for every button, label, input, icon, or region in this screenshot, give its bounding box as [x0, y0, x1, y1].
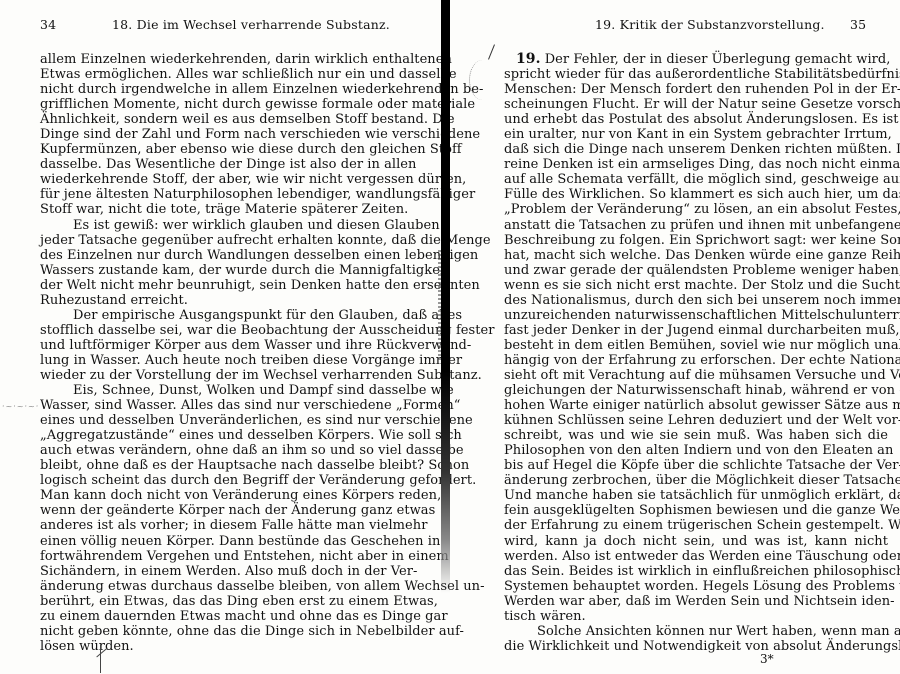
body-text: allem Einzelnen wiederkehrenden, darin w… — [40, 52, 404, 654]
text-line: berührt, ein Etwas, das das Ding eben er… — [40, 594, 404, 609]
text-line: wenn der geänderte Körper nach der Änder… — [40, 503, 404, 518]
text-line: Der empirische Ausgangspunkt für den Gla… — [40, 308, 404, 323]
section-first-line: 19. Der Fehler, der in dieser Überlegung… — [504, 52, 888, 67]
text-line: logisch scheint das durch den Begriff de… — [40, 473, 404, 488]
text-line: das Sein. Beides ist wirklich in einfluß… — [504, 564, 888, 579]
text-line: einen völlig neuen Körper. Dann bestünde… — [40, 534, 404, 549]
text-line: „Aggregatzustände“ eines und desselben K… — [40, 428, 404, 443]
text-line: hohen Warte einiger natürlich absolut ge… — [504, 398, 888, 413]
text-line: nicht geben könnte, ohne das die Dinge s… — [40, 624, 404, 639]
text-line: Menschen: Der Mensch fordert den ruhende… — [504, 82, 888, 97]
text-line: kühnen Schlüssen seine Lehren deduziert … — [504, 413, 888, 428]
text-line: wieder zu der Vorstellung der im Wechsel… — [40, 368, 404, 383]
text-line: bis auf Hegel die Köpfe über die schlich… — [504, 458, 888, 473]
text-line: Eis, Schnee, Dunst, Wolken und Dampf sin… — [40, 383, 404, 398]
text-line: Wassers zustande kam, der wurde durch di… — [40, 263, 404, 278]
text-line: dasselbe. Das Wesentliche der Dinge ist … — [40, 157, 404, 172]
body-text: 19. Der Fehler, der in dieser Überlegung… — [504, 52, 888, 654]
text-line: wiederkehrende Stoff, der aber, wie wir … — [40, 172, 404, 187]
pencil-mark — [100, 645, 101, 673]
text-line: und luftförmiger Körper aus dem Wasser u… — [40, 338, 404, 353]
text-line: Stoff war, nicht die tote, träge Materie… — [40, 202, 404, 217]
text-line: tisch wären. — [504, 609, 888, 624]
text-line: sieht oft mit Verachtung auf die mühsame… — [504, 368, 888, 383]
running-head: 19. Kritik der Substanzvorstellung. — [595, 17, 825, 32]
text-line: stofflich dasselbe sei, war die Beobacht… — [40, 323, 404, 338]
text-line: des Einzelnen nur durch Wandlungen desse… — [40, 248, 404, 263]
text-line: reine Denken ist ein armseliges Ding, da… — [504, 157, 888, 172]
text-line: zu einem dauernden Etwas macht und ohne … — [40, 609, 404, 624]
text-line: nicht durch irgendwelche in allem Einzel… — [40, 82, 404, 97]
text-line: hat, macht sich welche. Das Denken würde… — [504, 248, 888, 263]
text-line: der Welt nicht mehr beunruhigt, sein Den… — [40, 278, 404, 293]
pencil-margin-note: ·~·~·~· — [2, 402, 39, 411]
text-line: anstatt die Tatsachen zu prüfen und ihne… — [504, 218, 888, 233]
text-line: Der Fehler, der in dieser Überlegung gem… — [545, 52, 891, 67]
text-line: Werden war aber, daß im Werden Sein und … — [504, 594, 888, 609]
running-head: 18. Die im Wechsel verharrende Substanz. — [112, 17, 390, 32]
text-line: lösen würden. — [40, 639, 404, 654]
text-line: für jene ältesten Naturphilosophen leben… — [40, 187, 404, 202]
text-line: auch etwas verändern, ohne daß an ihm so… — [40, 443, 404, 458]
text-line: fast jeder Denker in der Jugend einmal d… — [504, 323, 888, 338]
text-line: anderes ist als vorher; in diesem Falle … — [40, 518, 404, 533]
text-line: Philosophen von den alten Indiern und vo… — [504, 443, 888, 458]
text-line: Fülle des Wirklichen. So klammert es sic… — [504, 187, 888, 202]
text-line: scheinungen Flucht. Er will der Natur se… — [504, 97, 888, 112]
text-line: grifflichen Momente, nicht durch gewisse… — [40, 97, 404, 112]
text-line: hängig von der Erfahrung zu erforschen. … — [504, 353, 888, 368]
text-line: wird, kann ja doch nicht sein, und was i… — [504, 534, 888, 549]
page-number: 34 — [40, 17, 56, 32]
text-line: Systemen behauptet worden. Hegels Lösung… — [504, 579, 888, 594]
text-line: fein ausgeklügelten Sophismen bewiesen u… — [504, 503, 888, 518]
text-line: besteht in dem eitlen Bemühen, soviel wi… — [504, 338, 888, 353]
text-line: Beschreibung zu folgen. Ein Sprichwort s… — [504, 233, 888, 248]
text-line: Solche Ansichten können nur Wert haben, … — [504, 624, 888, 639]
page-number: 35 — [850, 17, 866, 32]
pencil-mark — [488, 44, 495, 59]
text-line: Kupfermünzen, aber ebenso wie diese durc… — [40, 142, 404, 157]
text-line: bleibt, ohne daß es der Hauptsache nach … — [40, 458, 404, 473]
text-line: Sichändern, in einem Werden. Also muß do… — [40, 564, 404, 579]
text-line: der Erfahrung zu einem trügerischen Sche… — [504, 518, 888, 533]
text-line: Und manche haben sie tatsächlich für unm… — [504, 488, 888, 503]
pencil-mark — [469, 60, 496, 100]
signature-mark: 3* — [760, 652, 774, 666]
text-line: auf alle Schemata verfällt, die möglich … — [504, 172, 888, 187]
text-line: Wasser, sind Wasser. Alles das sind nur … — [40, 398, 404, 413]
text-line: und erhebt das Postulat des absolut Ände… — [504, 112, 888, 127]
text-line: spricht wieder für das außerordentliche … — [504, 67, 888, 82]
text-line: schreibt, was und wie sie sein muß. Was … — [504, 428, 888, 443]
right-page: 19. Kritik der Substanzvorstellung. 35 1… — [449, 0, 900, 674]
text-line: wenn es sie sich nicht erst machte. Der … — [504, 278, 888, 293]
text-line: lung in Wasser. Auch heute noch treiben … — [40, 353, 404, 368]
text-line: gleichungen der Naturwissenschaft hinab,… — [504, 383, 888, 398]
text-line: Dinge sind der Zahl und Form nach versch… — [40, 127, 404, 142]
text-line: Ähnlichkeit, sondern weil es aus demselb… — [40, 112, 404, 127]
text-line: allem Einzelnen wiederkehrenden, darin w… — [40, 52, 404, 67]
text-line: jeder Tatsache gegenüber aufrecht erhalt… — [40, 233, 404, 248]
text-line: unzureichenden naturwissenschaftlichen M… — [504, 308, 888, 323]
text-line: werden. Also ist entweder das Werden ein… — [504, 549, 888, 564]
text-line: die Wirklichkeit und Notwendigkeit von a… — [504, 639, 888, 654]
text-line: ein uralter, nur von Kant in ein System … — [504, 127, 888, 142]
text-line: Man kann doch nicht von Veränderung eine… — [40, 488, 404, 503]
text-line: änderung zerbrochen, über die Möglichkei… — [504, 473, 888, 488]
book-spread: 34 18. Die im Wechsel verharrende Substa… — [0, 0, 900, 674]
text-line: änderung etwas durchaus dasselbe bleiben… — [40, 579, 404, 594]
text-line: Es ist gewiß: wer wirklich glauben und d… — [40, 218, 404, 233]
text-line: „Problem der Veränderung“ zu lösen, an e… — [504, 202, 888, 217]
section-number: 19. — [516, 51, 541, 67]
text-line: Ruhezustand erreicht. — [40, 293, 404, 308]
text-line: Etwas ermöglichen. Alles war schließlich… — [40, 67, 404, 82]
text-line: fortwährendem Vergehen und Entstehen, ni… — [40, 549, 404, 564]
text-line: eines und desselben Unveränderlichen, es… — [40, 413, 404, 428]
text-line: des Nationalismus, durch den sich bei un… — [504, 293, 888, 308]
left-page: 34 18. Die im Wechsel verharrende Substa… — [0, 0, 443, 674]
text-line: und zwar gerade der quälendsten Probleme… — [504, 263, 888, 278]
text-line: daß sich die Dinge nach unserem Denken r… — [504, 142, 888, 157]
